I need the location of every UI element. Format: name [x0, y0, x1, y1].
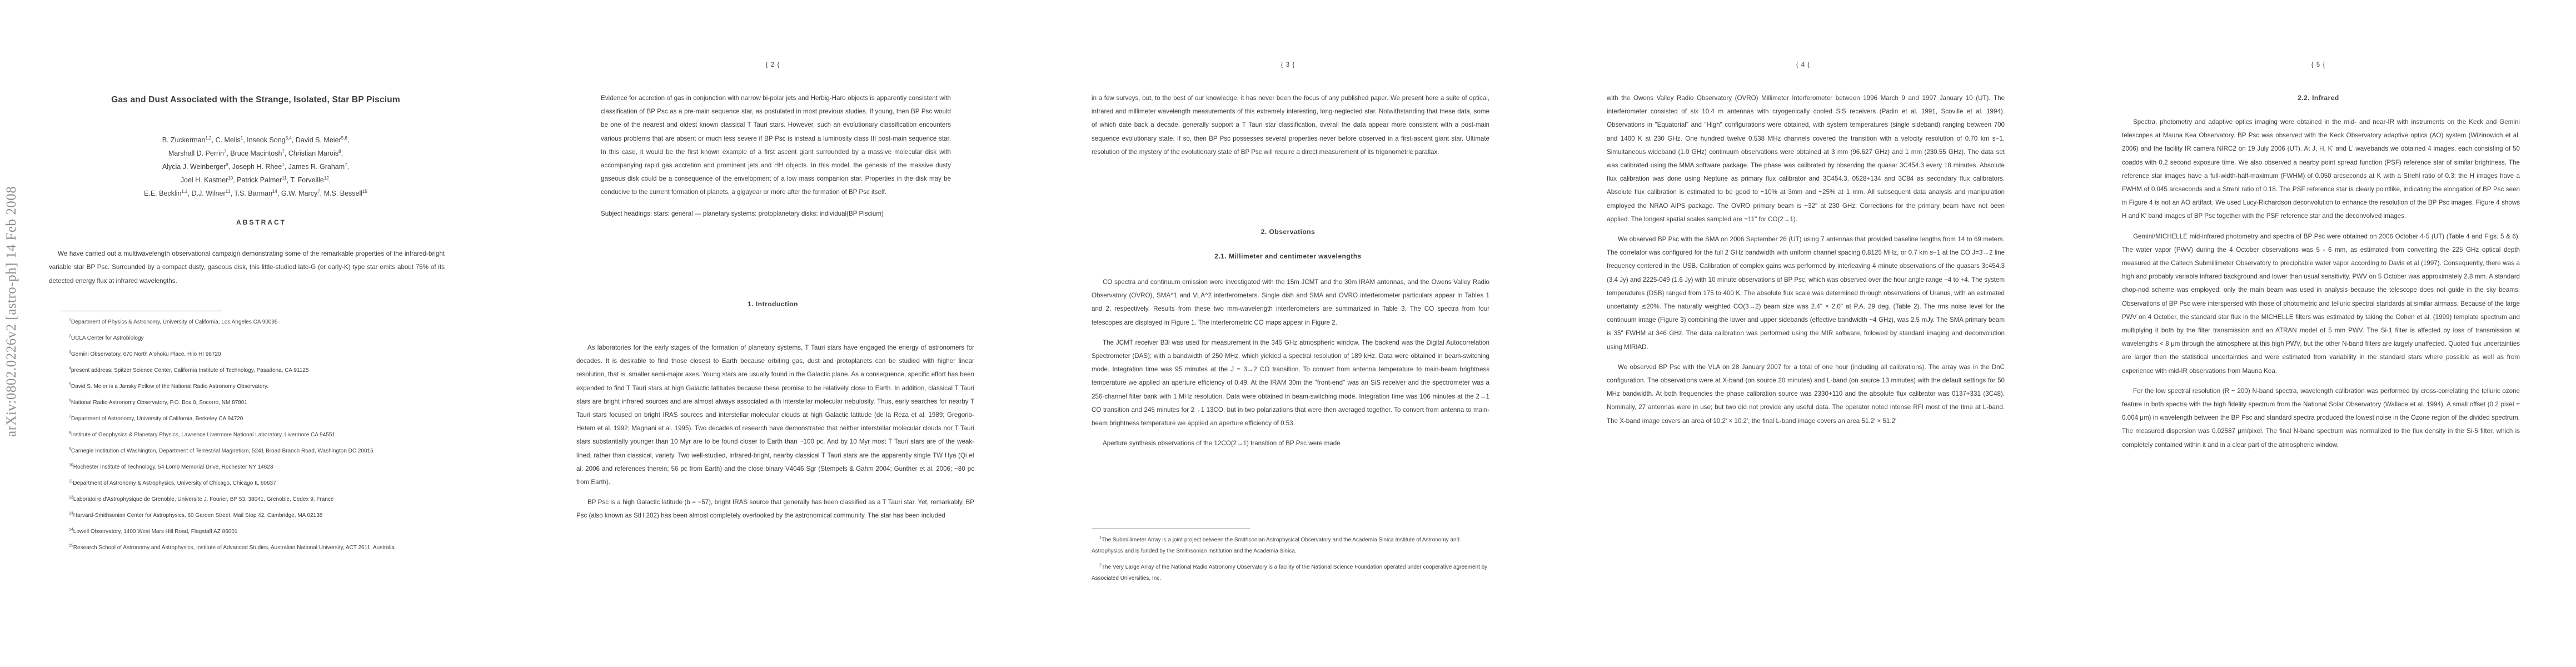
subject-headings-label: Subject headings:: [601, 210, 652, 217]
footnote-divider: [1092, 529, 1250, 529]
page-number: { 2 {: [515, 62, 1030, 68]
introduction-body: As laboratories for the early stages of …: [576, 341, 974, 530]
subsection-heading: 2.1. Millimeter and centimeter wavelengt…: [1030, 252, 1546, 260]
footnote: 4present address: Spitzer Science Center…: [61, 365, 472, 376]
paragraph: Spectra, photometry and adaptive optics …: [2122, 116, 2520, 223]
author-line: Alycia J. Weinberger9, Joseph H. Rhee1, …: [33, 160, 478, 173]
footnote: 5David S. Meier is a Jansky Fellow of th…: [61, 381, 472, 392]
page-number: { 4 {: [1546, 62, 2061, 68]
page-footnotes: 1The Submillimeter Array is a joint proj…: [1092, 535, 1489, 589]
introduction-continuation: in a few surveys, but, to the best of ou…: [1092, 92, 1489, 166]
footnote: 11Department of Astronomy & Astrophysics…: [61, 478, 472, 489]
footnote: 9Carnegie Institution of Washington, Dep…: [61, 446, 472, 457]
affiliation-footnotes: 1Department of Physics & Astronomy, Univ…: [61, 317, 472, 559]
paper-title: Gas and Dust Associated with the Strange…: [33, 92, 478, 108]
author-line: B. Zuckerman1,2, C. Melis1, Inseok Song3…: [33, 133, 478, 147]
footnote: 13Harvard-Smithsonian Center for Astroph…: [61, 510, 472, 521]
paragraph: We observed BP Psc with the VLA on 28 Ja…: [1607, 361, 2005, 428]
page-number: { 3 {: [1030, 62, 1546, 68]
paragraph: We observed BP Psc with the SMA on 2006 …: [1607, 233, 2005, 354]
subject-headings-value: stars: general — planetary systems: prot…: [654, 210, 883, 217]
section-heading: 1. Introduction: [515, 300, 1030, 308]
paragraph: Aperture synthesis observations of the 1…: [1092, 437, 1489, 450]
subsection-heading: 2.2. Infrared: [2061, 94, 2576, 102]
author-list: B. Zuckerman1,2, C. Melis1, Inseok Song3…: [33, 133, 478, 200]
footnote: 2UCLA Center for Astrobiology: [61, 333, 472, 344]
page-4: { 4 { with the Owens Valley Radio Observ…: [1546, 0, 2061, 667]
page-3: { 3 { in a few surveys, but, to the best…: [1030, 0, 1546, 667]
observations-body: CO spectra and continuum emission were i…: [1092, 276, 1489, 457]
paragraph: As laboratories for the early stages of …: [576, 341, 974, 489]
author-line: E.E. Becklin1,2, D.J. Wilner13, T.S. Bar…: [33, 187, 478, 200]
footnote: 12Laboratoire d'Astrophysique de Grenobl…: [61, 494, 472, 505]
page-2: { 2 { Evidence for accretion of gas in c…: [515, 0, 1030, 667]
footnote: 7Department of Astronomy, University of …: [61, 414, 472, 425]
page-1: arXiv:0802.0226v2 [astro-ph] 14 Feb 2008…: [0, 0, 515, 667]
infrared-body: Spectra, photometry and adaptive optics …: [2122, 116, 2520, 459]
page-5: { 5 { 2.2. Infrared Spectra, photometry …: [2061, 0, 2576, 667]
abstract-text: Evidence for accretion of gas in conjunc…: [601, 92, 951, 200]
observations-continuation: with the Owens Valley Radio Observatory …: [1607, 92, 2005, 435]
footnote: 1Department of Physics & Astronomy, Univ…: [61, 317, 472, 328]
paragraph: CO spectra and continuum emission were i…: [1092, 276, 1489, 330]
subject-headings: Subject headings: stars: general — plane…: [601, 207, 951, 221]
paragraph: in a few surveys, but, to the best of ou…: [1092, 92, 1489, 159]
footnote: 1The Submillimeter Array is a joint proj…: [1092, 535, 1489, 557]
footnote: 8Institute of Geophysics & Planetary Phy…: [61, 430, 472, 441]
paragraph: BP Psc is a high Galactic latitude (b = …: [576, 496, 974, 522]
paragraph: Gemini/MICHELLE mid-infrared photometry …: [2122, 230, 2520, 378]
paragraph: with the Owens Valley Radio Observatory …: [1607, 92, 2005, 226]
footnote: 3Gemini Observatory, 670 North A'ohoku P…: [61, 349, 472, 360]
footnote: 6National Radio Astronomy Observatory, P…: [61, 397, 472, 409]
paragraph: The JCMT receiver B3i was used for measu…: [1092, 336, 1489, 430]
document-page-strip: arXiv:0802.0226v2 [astro-ph] 14 Feb 2008…: [0, 0, 2576, 667]
abstract-heading: ABSTRACT: [33, 218, 489, 226]
section-heading: 2. Observations: [1030, 228, 1546, 236]
abstract-text: We have carried out a multiwavelength ob…: [49, 247, 445, 288]
author-line: Marshall D. Perrin7, Bruce Macintosh7, C…: [33, 147, 478, 160]
arxiv-identifier-stamp: arXiv:0802.0226v2 [astro-ph] 14 Feb 2008: [3, 150, 20, 472]
footnote: 2The Very Large Array of the National Ra…: [1092, 562, 1489, 584]
page-number: { 5 {: [2061, 62, 2576, 68]
footnote: 15Research School of Astronomy and Astro…: [61, 542, 472, 554]
abstract-continuation: Evidence for accretion of gas in conjunc…: [601, 92, 951, 227]
author-line: Joel H. Kastner10, Patrick Palmer11, T. …: [33, 173, 478, 187]
paragraph: For the low spectral resolution (R ~ 200…: [2122, 385, 2520, 452]
footnote: 10Rochester Institute of Technology, 54 …: [61, 462, 472, 473]
footnote: 14Lowell Observatory, 1400 West Mars Hil…: [61, 526, 472, 537]
footnote-divider: [61, 311, 222, 311]
